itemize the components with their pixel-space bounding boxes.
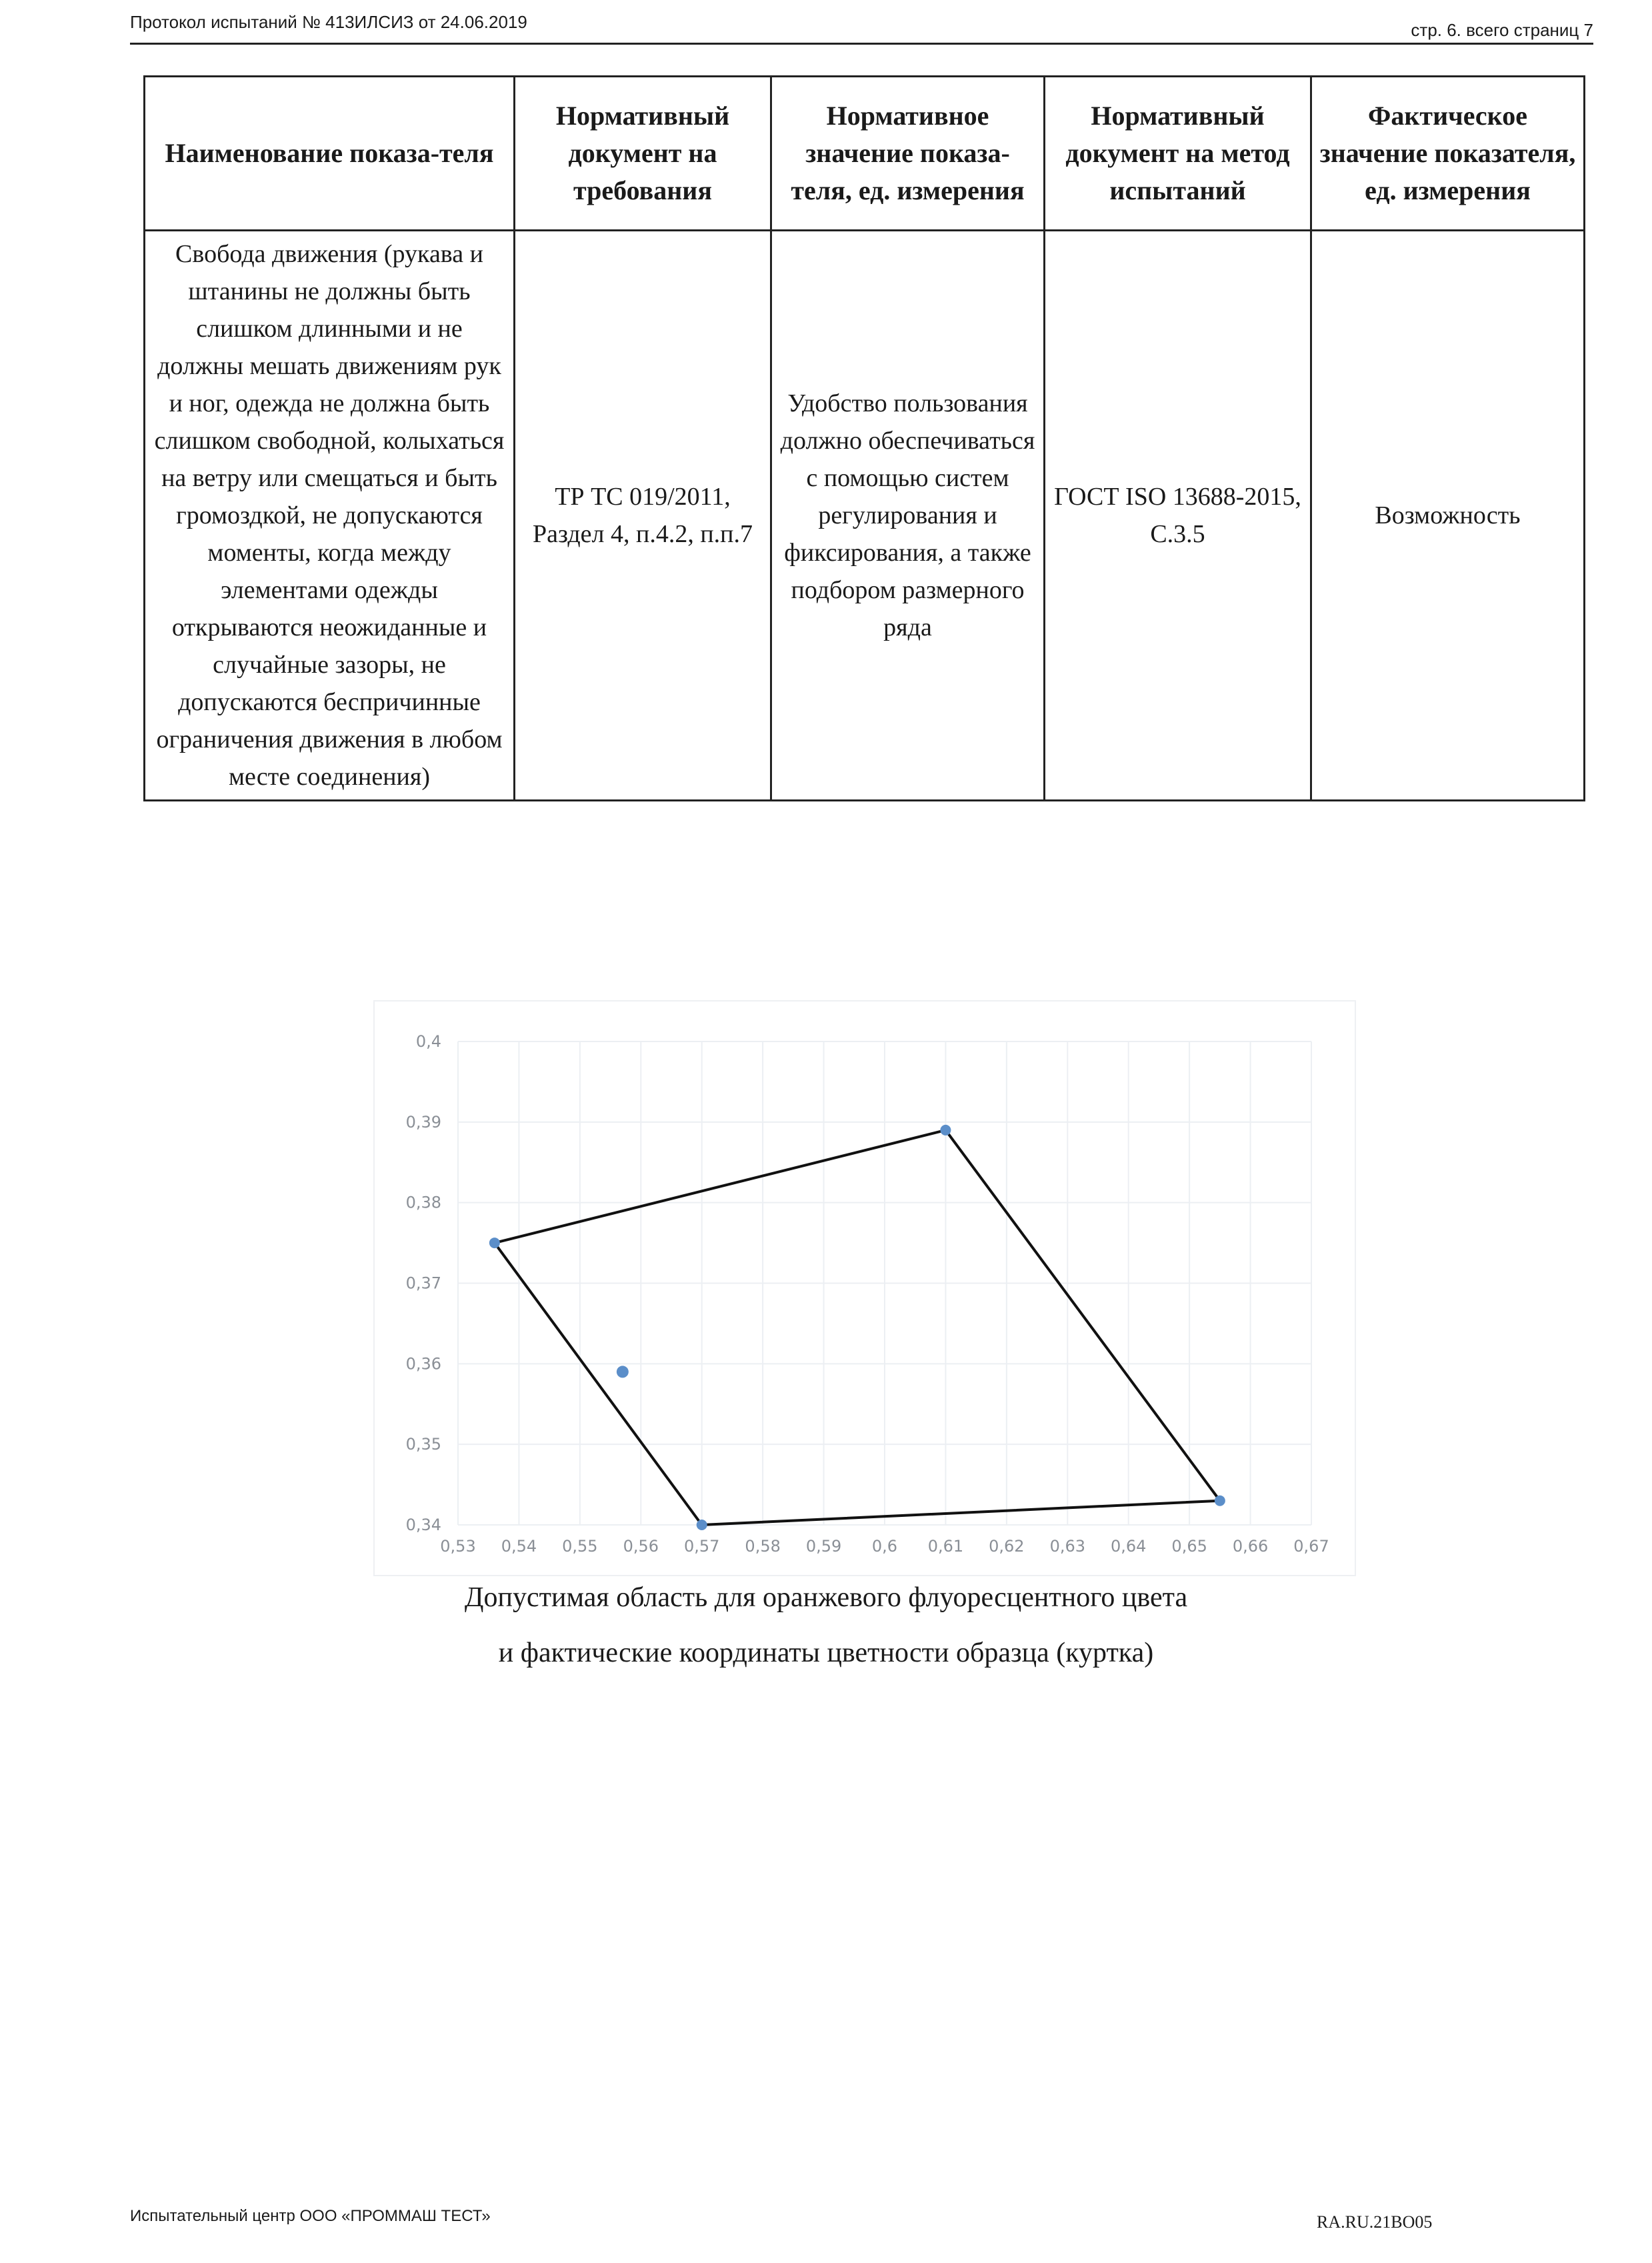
cell-actual-value: Возможность [1311, 231, 1585, 801]
chart-caption-line-1: Допустимая область для оранжевого флуоре… [0, 1582, 1652, 1614]
svg-text:0,61: 0,61 [928, 1537, 963, 1556]
cell-normative-value: Удобство пользования должно обеспечивать… [771, 231, 1045, 801]
svg-text:0,58: 0,58 [745, 1537, 780, 1556]
chromaticity-chart: 0,530,540,550,560,570,580,590,60,610,620… [373, 1000, 1356, 1576]
footer-accreditation: RA.RU.21ВО05 [1317, 2212, 1432, 2232]
svg-text:0,4: 0,4 [416, 1032, 441, 1051]
svg-text:0,64: 0,64 [1111, 1537, 1146, 1556]
test-results-table: Наименование показа-теля Нормативный док… [143, 75, 1585, 801]
svg-text:0,6: 0,6 [872, 1537, 897, 1556]
svg-text:0,59: 0,59 [806, 1537, 841, 1556]
svg-text:0,54: 0,54 [501, 1537, 537, 1556]
svg-text:0,66: 0,66 [1233, 1537, 1268, 1556]
cell-method-doc: ГОСТ ISO 13688-2015, С.3.5 [1045, 231, 1311, 801]
column-header-indicator: Наименование показа-теля [145, 77, 515, 231]
svg-text:0,67: 0,67 [1293, 1537, 1329, 1556]
chart-caption-line-2: и фактические координаты цветности образ… [0, 1637, 1652, 1669]
table-header-row: Наименование показа-теля Нормативный док… [145, 77, 1585, 231]
cell-indicator: Свобода движения (рукава и штанины не до… [145, 231, 515, 801]
cell-requirement-doc: ТР ТС 019/2011, Раздел 4, п.4.2, п.п.7 [515, 231, 771, 801]
svg-text:0,38: 0,38 [406, 1194, 441, 1212]
footer-lab-name: Испытательный центр ООО «ПРОММАШ ТЕСТ» [130, 2207, 491, 2226]
svg-text:0,34: 0,34 [406, 1516, 441, 1534]
column-header-requirement-doc: Нормативный документ на требования [515, 77, 771, 231]
table-row: Свобода движения (рукава и штанины не до… [145, 231, 1585, 801]
svg-text:0,39: 0,39 [406, 1113, 441, 1131]
svg-text:0,55: 0,55 [562, 1537, 597, 1556]
header-rule [130, 43, 1593, 45]
column-header-actual-value: Фактическое значение показателя, ед. изм… [1311, 77, 1585, 231]
svg-text:0,53: 0,53 [440, 1537, 475, 1556]
column-header-method-doc: Нормативный документ на метод испытаний [1045, 77, 1311, 231]
svg-text:0,56: 0,56 [623, 1537, 659, 1556]
chart-plot: 0,530,540,550,560,570,580,590,60,610,620… [375, 1001, 1355, 1575]
page-info: стр. 6. всего страниц 7 [1411, 20, 1593, 41]
svg-text:0,65: 0,65 [1171, 1537, 1207, 1556]
svg-text:0,57: 0,57 [684, 1537, 719, 1556]
svg-text:0,36: 0,36 [406, 1354, 441, 1373]
column-header-normative-value: Нормативное значение показа-теля, ед. из… [771, 77, 1045, 231]
protocol-header: Протокол испытаний № 413ИЛСИЗ от 24.06.2… [130, 12, 527, 33]
svg-text:0,62: 0,62 [989, 1537, 1024, 1556]
svg-text:0,63: 0,63 [1050, 1537, 1085, 1556]
svg-text:0,35: 0,35 [406, 1435, 441, 1454]
svg-text:0,37: 0,37 [406, 1274, 441, 1293]
